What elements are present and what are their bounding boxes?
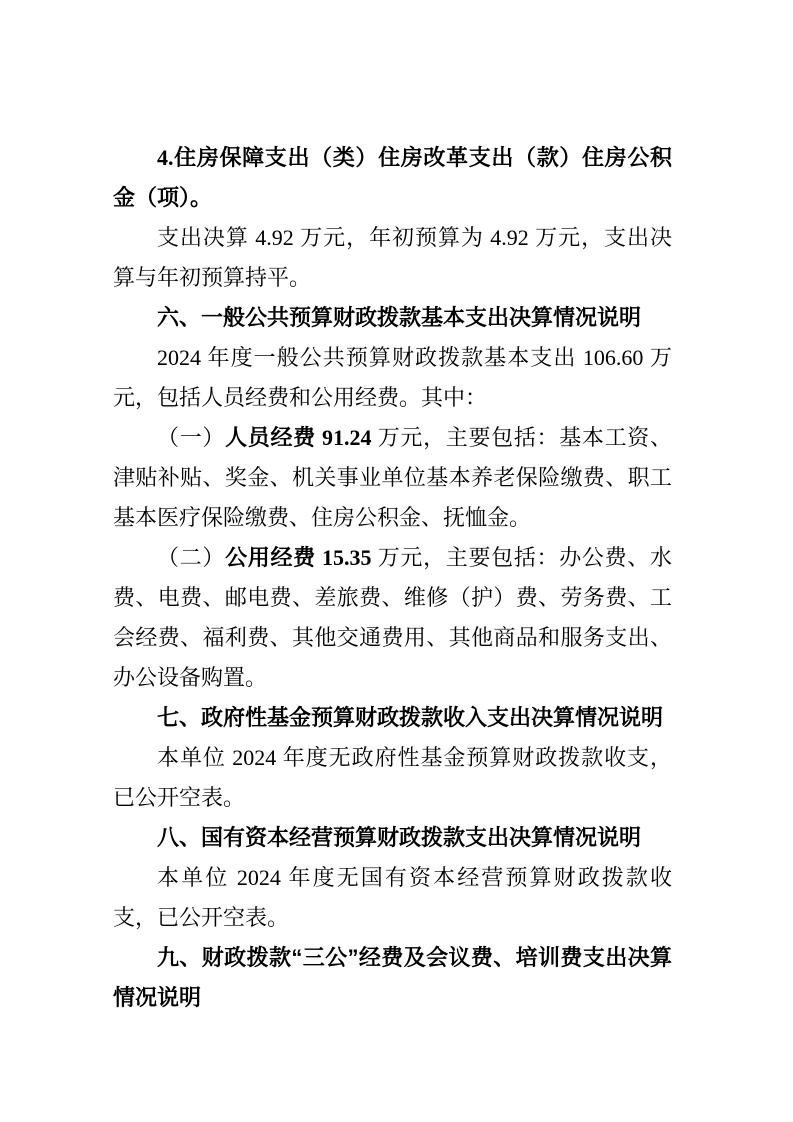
paragraph-housing-detail: 支出决算 4.92 万元，年初预算为 4.92 万元，支出决算与年初预算持平。 xyxy=(113,218,672,298)
paragraph-personnel-expense: （一）人员经费 91.24 万元，主要包括：基本工资、津贴补贴、奖金、机关事业单… xyxy=(113,418,672,538)
section-7-heading: 七、政府性基金预算财政拨款收入支出决算情况说明 xyxy=(113,698,672,738)
document-page: 4.住房保障支出（类）住房改革支出（款）住房公积金（项）。 支出决算 4.92 … xyxy=(0,0,793,1122)
document-content: 4.住房保障支出（类）住房改革支出（款）住房公积金（项）。 支出决算 4.92 … xyxy=(113,138,672,1018)
text-run: （一） xyxy=(157,425,225,450)
text-run-bold-public-amount: 公用经费 15.35 xyxy=(225,545,378,570)
section-9-heading: 九、财政拨款“三公”经费及会议费、培训费支出决算情况说明 xyxy=(113,938,672,1018)
section-8-heading: 八、国有资本经营预算财政拨款支出决算情况说明 xyxy=(113,818,672,858)
paragraph-section-8-body: 本单位 2024 年度无国有资本经营预算财政拨款收支，已公开空表。 xyxy=(113,858,672,938)
paragraph-section-6-intro: 2024 年度一般公共预算财政拨款基本支出 106.60 万元，包括人员经费和公… xyxy=(113,338,672,418)
paragraph-housing-subheading: 4.住房保障支出（类）住房改革支出（款）住房公积金（项）。 xyxy=(113,138,672,218)
text-run: （二） xyxy=(157,545,225,570)
paragraph-public-expense: （二）公用经费 15.35 万元，主要包括：办公费、水费、电费、邮电费、差旅费、… xyxy=(113,538,672,698)
text-run-bold-personnel-amount: 人员经费 91.24 xyxy=(225,425,378,450)
section-6-heading: 六、一般公共预算财政拨款基本支出决算情况说明 xyxy=(113,298,672,338)
paragraph-section-7-body: 本单位 2024 年度无政府性基金预算财政拨款收支，已公开空表。 xyxy=(113,738,672,818)
